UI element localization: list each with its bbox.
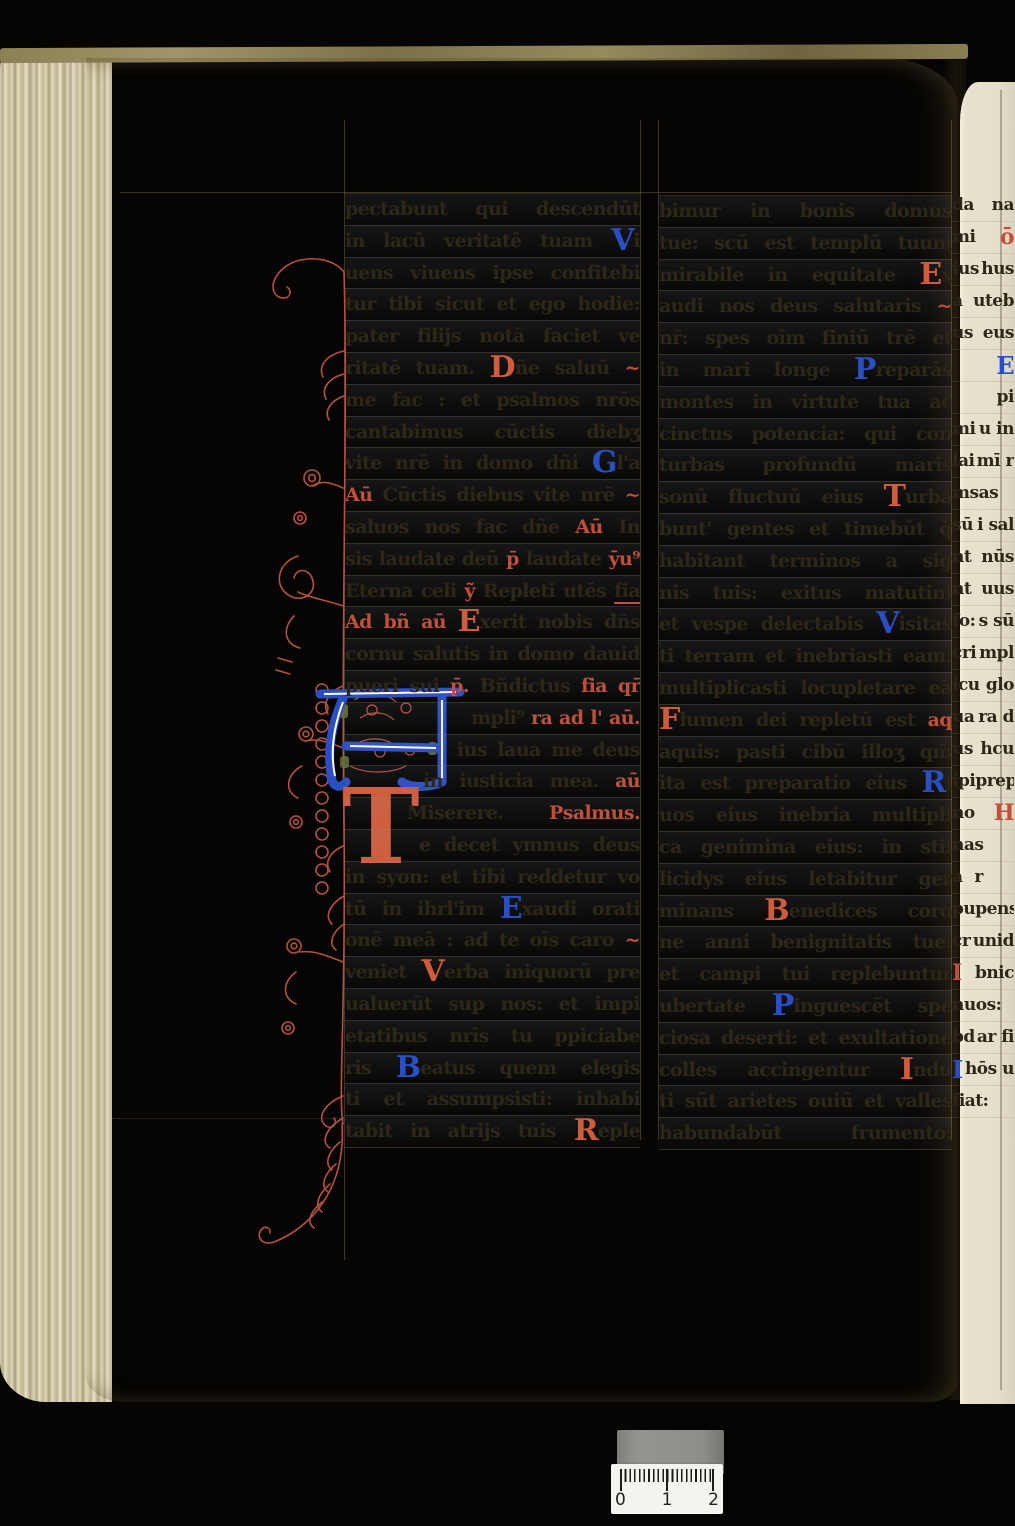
text-line: bunt' gentes et timebūt q̄ bbox=[659, 514, 952, 546]
edge-fragment-line: fo:s sū bbox=[952, 606, 1014, 638]
red-versal-initial: I bbox=[900, 1055, 913, 1087]
body-text: ca genimina eius: in stil bbox=[659, 836, 952, 858]
text-column-left: pectabunt qui descendūtin lacū veritatē … bbox=[345, 193, 640, 1148]
ruler-tick-1 bbox=[666, 1469, 668, 1491]
ruler: 0 1 2 bbox=[611, 1464, 723, 1514]
edge-fragment: ua bbox=[952, 702, 974, 733]
body-text: reparās bbox=[875, 359, 952, 381]
edge-fragment-line: pi bbox=[952, 382, 1014, 414]
edge-fragment: ms bbox=[952, 478, 979, 509]
edge-fragment-line: iushus bbox=[952, 254, 1014, 286]
text-line: cinctus potencia: qui con bbox=[659, 419, 952, 451]
edge-fragment: as n bbox=[979, 478, 1014, 509]
edge-fragment: a s bbox=[952, 862, 974, 893]
edge-fragment: ar fi bbox=[977, 1022, 1014, 1053]
text-line: in mari longe Preparās bbox=[659, 355, 952, 387]
text-line: cornu salutis in domo dauid bbox=[345, 639, 640, 671]
text-line: tue: scū est templū tuum bbox=[659, 228, 952, 260]
edge-fragment: us bbox=[952, 734, 973, 765]
edge-fragment: ō bbox=[1000, 222, 1014, 253]
body-text: ualuerūt sup nos: et impi bbox=[345, 993, 640, 1015]
body-text: xaudi orati bbox=[522, 898, 640, 920]
red-versal-initial: F bbox=[659, 705, 679, 737]
body-text: ius laua me deus ab bbox=[457, 739, 640, 767]
rubric-text: p̄. bbox=[450, 675, 480, 697]
edge-fragment: glo bbox=[986, 670, 1014, 701]
blue-versal-initial: R bbox=[921, 768, 945, 800]
text-line: e decet ymnus deus bbox=[345, 830, 640, 862]
text-line: cantabimus cūctis diebʒ bbox=[345, 417, 640, 449]
text-line: Eterna celi ỹ Repleti utēs fia ij. bbox=[345, 576, 640, 608]
text-line: aquis: pasti cibū illoʒ qm̄ bbox=[659, 737, 952, 769]
body-text: bimur in bonis domus bbox=[659, 200, 952, 222]
text-line: vite nrē in domo dñi Gl'a bbox=[345, 448, 640, 480]
ruler-tick-2 bbox=[712, 1469, 714, 1491]
text-line: ciosa deserti: et exultatione bbox=[659, 1023, 952, 1055]
edge-fragment: nt bbox=[952, 574, 971, 605]
edge-fragment-line: nuos: n bbox=[952, 990, 1014, 1022]
red-versal-initial: E bbox=[919, 260, 941, 292]
text-line: veniet Verba iniquorū pre bbox=[345, 957, 640, 989]
edge-fragment-line: miō bbox=[952, 222, 1014, 254]
body-text: mirabile in equitate bbox=[659, 264, 919, 286]
body-text: ndu bbox=[913, 1059, 952, 1081]
facing-page-text-fragments: danamiōiushusa leutebuseusEpimiu inlaimī… bbox=[952, 190, 1014, 1118]
body-text: me fac : et psalmos nrōs bbox=[345, 389, 640, 411]
edge-fragment-line: a leuteb bbox=[952, 286, 1014, 318]
manuscript-photo: T pectabunt qui descendūtin lacū veritat… bbox=[0, 0, 1015, 1526]
body-text: et campi tui replebuntur bbox=[659, 963, 952, 985]
blue-versal-initial: P bbox=[854, 355, 876, 387]
text-line: pueri sui p̄. Bñdictus fia qr̄ bbox=[345, 671, 640, 703]
edge-fragment: icu bbox=[952, 670, 980, 701]
edge-fragment-line: nas est bbox=[952, 830, 1014, 862]
body-text: colles accingentur bbox=[659, 1059, 900, 1081]
edge-fragment: bd bbox=[952, 1022, 975, 1053]
body-text: xerit nobis dñs bbox=[480, 611, 640, 633]
text-line: ti terram et inebriasti eam: bbox=[659, 641, 952, 673]
text-line: saluos nos fac dñe Aū In excel bbox=[345, 512, 640, 544]
edge-fragment: s est bbox=[974, 830, 1014, 861]
text-line: pater filijs notā faciet ve bbox=[345, 321, 640, 353]
body-text: ti sūt arietes ouiū et valles bbox=[659, 1090, 952, 1112]
body-text: Cūctis diebus vite nrē bbox=[383, 484, 625, 506]
body-text: e decet ymnus deus bbox=[419, 834, 640, 856]
edge-fragment-line: sūi sal bbox=[952, 510, 1014, 542]
red-versal-initial: B bbox=[764, 896, 788, 928]
text-line: uos eius inebria multipli bbox=[659, 800, 952, 832]
text-line: tur tibi sicut et ego hodie: bbox=[345, 289, 640, 321]
edge-fragment: eus bbox=[983, 318, 1014, 349]
body-text: i bbox=[945, 772, 952, 794]
edge-fragment: nūs bbox=[981, 542, 1014, 573]
body-text: inguescēt spe bbox=[793, 995, 952, 1017]
edge-fragment-line: E bbox=[952, 350, 1014, 382]
ruler-numbers: 0 1 2 bbox=[615, 1490, 719, 1510]
edge-fragment: u in bbox=[979, 414, 1014, 445]
text-line: nis tuis: exitus matutini bbox=[659, 578, 952, 610]
text-line: montes in virtute tua ac bbox=[659, 387, 952, 419]
text-line: Ad bñ aū Exerit nobis dñs bbox=[345, 607, 640, 639]
body-text: ita est preparatio eius bbox=[659, 772, 921, 794]
blue-versal-initial: V bbox=[611, 226, 633, 258]
body-text: pectabunt qui descendūt bbox=[345, 198, 640, 220]
body-text: cantabimus cūctis diebʒ bbox=[345, 421, 640, 443]
body-text: sis laudate deū bbox=[345, 548, 506, 570]
rubric-text: Psalmus. bbox=[549, 802, 640, 824]
ruler-label-1: 1 bbox=[662, 1490, 673, 1510]
edge-fragment-line: fiat: de bbox=[952, 1086, 1014, 1118]
edge-fragment: nt bbox=[952, 542, 971, 573]
body-text: aquis: pasti cibū illoʒ qm̄ bbox=[659, 741, 952, 763]
body-text: saluos nos fac dñe bbox=[345, 516, 575, 538]
red-versal-initial: R bbox=[574, 1116, 598, 1148]
edge-fragment-line: a sr rab bbox=[952, 862, 1014, 894]
edge-fragment: ipi bbox=[952, 766, 975, 797]
text-line: et campi tui replebuntur bbox=[659, 959, 952, 991]
edge-fragment: mi bbox=[952, 414, 975, 445]
edge-fragment: I bbox=[952, 1054, 963, 1085]
edge-fragment: us bbox=[952, 318, 973, 349]
body-text: ñe saluū bbox=[515, 357, 625, 379]
edge-fragment: pi bbox=[997, 382, 1014, 413]
text-column-right: bimur in bonis domustue: scū est templū … bbox=[659, 195, 952, 1150]
edge-fragment-line: pupens bbox=[952, 894, 1014, 926]
body-text: x bbox=[941, 264, 952, 286]
text-line: habundabūt frumento: bbox=[659, 1118, 952, 1150]
body-text: nr̄: spes oīm finiū trē et bbox=[659, 327, 952, 349]
edge-fragment: r rab bbox=[974, 862, 1014, 893]
blue-versal-initial: P bbox=[772, 991, 794, 1023]
red-versal-initial: E bbox=[458, 607, 480, 639]
edge-fragment-line: ipiprep bbox=[952, 766, 1014, 798]
text-line: nr̄: spes oīm finiū trē et bbox=[659, 323, 952, 355]
text-line: pectabunt qui descendūt bbox=[345, 193, 640, 226]
rubric-text: p̄ bbox=[506, 548, 526, 570]
rubric-text: ~ bbox=[625, 484, 640, 506]
text-line: Aū Cūctis diebus vite nrē ~ bbox=[345, 480, 640, 512]
text-line: onē meā : ad te oīs caro ~ bbox=[345, 925, 640, 957]
rubric-text: ȳu⁹ bbox=[609, 548, 640, 570]
red-versal-initial: D bbox=[490, 353, 515, 385]
text-line: bimur in bonis domus bbox=[659, 195, 952, 228]
edge-fragment-line: msas n bbox=[952, 478, 1014, 510]
edge-fragment-line: useus bbox=[952, 318, 1014, 350]
edge-fragment: hus bbox=[981, 254, 1014, 285]
edge-fragment: na bbox=[952, 830, 974, 861]
text-line: in iusticia mea. aū bbox=[345, 766, 640, 798]
body-text: habundabūt frumento: bbox=[659, 1122, 952, 1144]
text-line: ris Beatus quem elegis bbox=[345, 1053, 640, 1085]
red-versal-initial: V bbox=[422, 957, 444, 989]
ruler-label-2: 2 bbox=[708, 1490, 719, 1510]
body-text: ti terram et inebriasti eam: bbox=[659, 645, 952, 667]
text-line: ubertate Pinguescēt spe bbox=[659, 991, 952, 1023]
body-text: turbas profundū maris bbox=[659, 454, 952, 476]
edge-fragment-line: Ihōs u bbox=[952, 1054, 1014, 1086]
body-text: tabit in atrijs tuis bbox=[345, 1120, 574, 1142]
body-text: in syon: et tibi reddetur vo bbox=[345, 866, 640, 888]
rubric-text: ra ad l' aū. bbox=[531, 707, 640, 729]
body-text: nis tuis: exitus matutini bbox=[659, 582, 952, 604]
edge-fragment: sū bbox=[952, 510, 973, 541]
text-line: ius laua me deus ab bbox=[345, 735, 640, 767]
rubric-text: ~ bbox=[625, 929, 640, 951]
body-text: Eterna celi bbox=[345, 580, 465, 602]
body-text: audi nos deus salutaris bbox=[659, 295, 937, 317]
body-text: l'a bbox=[616, 452, 640, 474]
text-line: habitant terminos a sig bbox=[659, 546, 952, 578]
body-text: mpli⁹ bbox=[471, 707, 531, 729]
edge-fragment: cr bbox=[952, 926, 970, 957]
edge-fragment-line: Ibnic bbox=[952, 958, 1014, 990]
blue-versal-initial: E bbox=[500, 894, 522, 926]
body-text: cinctus potencia: qui con bbox=[659, 423, 952, 445]
body-text: lumen dei repletū est bbox=[679, 709, 927, 731]
text-line: ca genimina eius: in stil bbox=[659, 832, 952, 864]
body-text: pueri sui bbox=[345, 675, 450, 697]
edge-fragment: bnic bbox=[975, 958, 1014, 989]
edge-fragment: fia bbox=[952, 1086, 975, 1117]
body-text: habitant terminos a sig bbox=[659, 550, 952, 572]
edge-fragment: E bbox=[996, 350, 1014, 381]
edge-fragment: pens bbox=[975, 894, 1014, 925]
edge-fragment-line: laimī r bbox=[952, 446, 1014, 478]
rubric-text: aū bbox=[615, 770, 640, 792]
text-line: in syon: et tibi reddetur vo bbox=[345, 862, 640, 894]
edge-fragment: H bbox=[994, 798, 1014, 829]
body-text: sonū fluctuū eius bbox=[659, 486, 884, 508]
edge-fragment: ra d bbox=[978, 702, 1014, 733]
edge-fragment: cri bbox=[952, 638, 976, 669]
edge-fragment-line: crimpl bbox=[952, 638, 1014, 670]
text-line: mirabile in equitate Ex bbox=[659, 260, 952, 292]
body-text: erba iniquorū pre bbox=[444, 961, 640, 983]
body-text: urba bbox=[905, 486, 952, 508]
body-text: tū in ihrl'im bbox=[345, 898, 500, 920]
edge-fragment-line: icuglo bbox=[952, 670, 1014, 702]
body-text: ne anni benignitatis tue: bbox=[659, 931, 952, 953]
body-text: cornu salutis in domo dauid bbox=[345, 643, 640, 665]
text-line: licidys eius letabitur ger bbox=[659, 864, 952, 896]
edge-fragment: fo: bbox=[952, 606, 975, 637]
text-line: tū in ihrl'im Exaudi orati bbox=[345, 894, 640, 926]
rubric-text: ~ bbox=[937, 295, 952, 317]
edge-fragment: hcu bbox=[980, 734, 1014, 765]
edge-fragment: na bbox=[992, 190, 1014, 221]
body-text: etatibus nrīs tu ppiciabe bbox=[345, 1025, 640, 1047]
body-text: licidys eius letabitur ger bbox=[659, 868, 952, 890]
edge-fragment: pu bbox=[952, 894, 975, 925]
rubric-text: ~ bbox=[625, 357, 640, 379]
body-text: laudate bbox=[526, 548, 609, 570]
body-text: uos eius inebria multipli bbox=[659, 804, 952, 826]
edge-fragment: mī r bbox=[977, 446, 1014, 477]
text-line: multiplicasti locupletare eā bbox=[659, 673, 952, 705]
edge-fragment: a le bbox=[952, 286, 973, 317]
body-text: uens viuens ipse confitebi bbox=[345, 262, 640, 284]
body-text: i bbox=[633, 230, 640, 252]
body-text: veniet bbox=[345, 961, 422, 983]
body-text: isitas bbox=[899, 613, 952, 635]
body-text: in iusticia mea. bbox=[423, 770, 615, 792]
body-text: minans bbox=[659, 900, 764, 922]
edge-fragment: mi bbox=[952, 222, 975, 253]
body-text: ris bbox=[345, 1057, 396, 1079]
red-versal-initial: T bbox=[884, 482, 905, 514]
edge-fragment-line: bdar fi bbox=[952, 1022, 1014, 1054]
edge-fragment: i sal bbox=[977, 510, 1014, 541]
text-line: Flumen dei repletū est aq bbox=[659, 705, 952, 737]
body-text: Repleti utēs bbox=[483, 580, 614, 602]
body-text: tue: scū est templū tuum bbox=[659, 232, 952, 254]
ruler-label-0: 0 bbox=[615, 1490, 626, 1510]
body-text: eatus quem elegis bbox=[420, 1057, 640, 1079]
body-text: Miserere. bbox=[407, 802, 549, 824]
body-text: in mari longe bbox=[659, 359, 854, 381]
edge-fragment: hōs u bbox=[965, 1054, 1014, 1085]
rubric-text: Aū bbox=[345, 484, 383, 506]
edge-fragment: uteb bbox=[973, 286, 1014, 317]
text-line: minans Benedices coro bbox=[659, 896, 952, 928]
text-line: ti sūt arietes ouiū et valles bbox=[659, 1086, 952, 1118]
rubric-text: Aū bbox=[575, 516, 618, 538]
text-line: etatibus nrīs tu ppiciabe bbox=[345, 1021, 640, 1053]
ruling-line-vertical bbox=[640, 120, 641, 1140]
body-text: eple bbox=[598, 1120, 640, 1142]
text-line: ualuerūt sup nos: et impi bbox=[345, 989, 640, 1021]
text-line: ritatē tuam. Dñe saluū ~ bbox=[345, 353, 640, 385]
blue-versal-initial: B bbox=[396, 1053, 420, 1085]
text-line: tabit in atrijs tuis Reple bbox=[345, 1116, 640, 1148]
edge-fragment: prep bbox=[975, 766, 1014, 797]
text-line: turbas profundū maris bbox=[659, 450, 952, 482]
text-line: in lacū veritatē tuam Vi bbox=[345, 226, 640, 258]
edge-fragment-line: ntuus bbox=[952, 574, 1014, 606]
body-text: in lacū veritatē tuam bbox=[345, 230, 611, 252]
body-text: vite nrē in domo dñi bbox=[345, 452, 592, 474]
edge-fragment-line: dana bbox=[952, 190, 1014, 222]
text-line: colles accingentur Indu bbox=[659, 1055, 952, 1087]
edge-fragment: nu bbox=[952, 990, 976, 1021]
text-line: ita est preparatio eius Ri bbox=[659, 768, 952, 800]
body-text: tur tibi sicut et ego hodie: bbox=[345, 293, 640, 315]
text-line: me fac : et psalmos nrōs bbox=[345, 385, 640, 417]
rubric-text: fia qr̄ bbox=[581, 675, 640, 697]
edge-fragment-line: ushcu bbox=[952, 734, 1014, 766]
body-text: ubertate bbox=[659, 995, 772, 1017]
edge-fragment: ius bbox=[952, 254, 979, 285]
edge-fragment: t: de bbox=[975, 1086, 1014, 1117]
body-text: montes in virtute tua ac bbox=[659, 391, 952, 413]
edge-fragment: no bbox=[952, 798, 975, 829]
text-line: sis laudate deū p̄ laudate ȳu⁹ bbox=[345, 544, 640, 576]
body-text: Bñdictus bbox=[480, 675, 581, 697]
body-text: pater filijs notā faciet ve bbox=[345, 325, 640, 347]
edge-fragment: I bbox=[952, 958, 962, 989]
rubric-text: aq bbox=[928, 709, 952, 731]
body-text: bunt' gentes et timebūt q̄ bbox=[659, 518, 952, 540]
edge-fragment: lai bbox=[952, 446, 974, 477]
rubric-text: ỹ bbox=[465, 580, 483, 602]
text-line: et vespe delectabis Visitas bbox=[659, 609, 952, 641]
body-text: onē meā : ad te oīs caro bbox=[345, 929, 625, 951]
edge-fragment-line: crunid bbox=[952, 926, 1014, 958]
edge-fragment: s sū bbox=[979, 606, 1014, 637]
edge-fragment: unid bbox=[973, 926, 1014, 957]
edge-fragment: mpl bbox=[979, 638, 1014, 669]
body-text: multiplicasti locupletare eā bbox=[659, 677, 952, 699]
text-line: audi nos deus salutaris ~ bbox=[659, 291, 952, 323]
blue-versal-initial: G bbox=[592, 448, 617, 480]
rubric-text: Ad bñ aū bbox=[345, 611, 458, 633]
edge-fragment-line: uara d bbox=[952, 702, 1014, 734]
edge-fragment-line: miu in bbox=[952, 414, 1014, 446]
edge-fragment: os: n bbox=[976, 990, 1014, 1021]
ruler-tick-0 bbox=[620, 1469, 622, 1491]
text-line: mpli⁹ ra ad l' aū. bbox=[345, 703, 640, 735]
edge-fragment: da bbox=[952, 190, 974, 221]
blue-versal-initial: V bbox=[876, 609, 898, 641]
edge-fragment: uus bbox=[981, 574, 1014, 605]
body-text: et vespe delectabis bbox=[659, 613, 876, 635]
text-line: ne anni benignitatis tue: bbox=[659, 927, 952, 959]
body-text: ritatē tuam. bbox=[345, 357, 490, 379]
edge-fragment-line: ntnūs bbox=[952, 542, 1014, 574]
body-text: ti et assumpsisti: inhabi bbox=[345, 1088, 640, 1110]
text-line: sonū fluctuū eius Turba bbox=[659, 482, 952, 514]
body-text: ciosa deserti: et exultatione bbox=[659, 1027, 952, 1049]
text-line: Miserere. Psalmus. bbox=[345, 798, 640, 830]
body-text: enedices coro bbox=[789, 900, 952, 922]
text-line: uens viuens ipse confitebi bbox=[345, 258, 640, 290]
text-line: ti et assumpsisti: inhabi bbox=[345, 1084, 640, 1116]
edge-fragment-line: noH bbox=[952, 798, 1014, 830]
